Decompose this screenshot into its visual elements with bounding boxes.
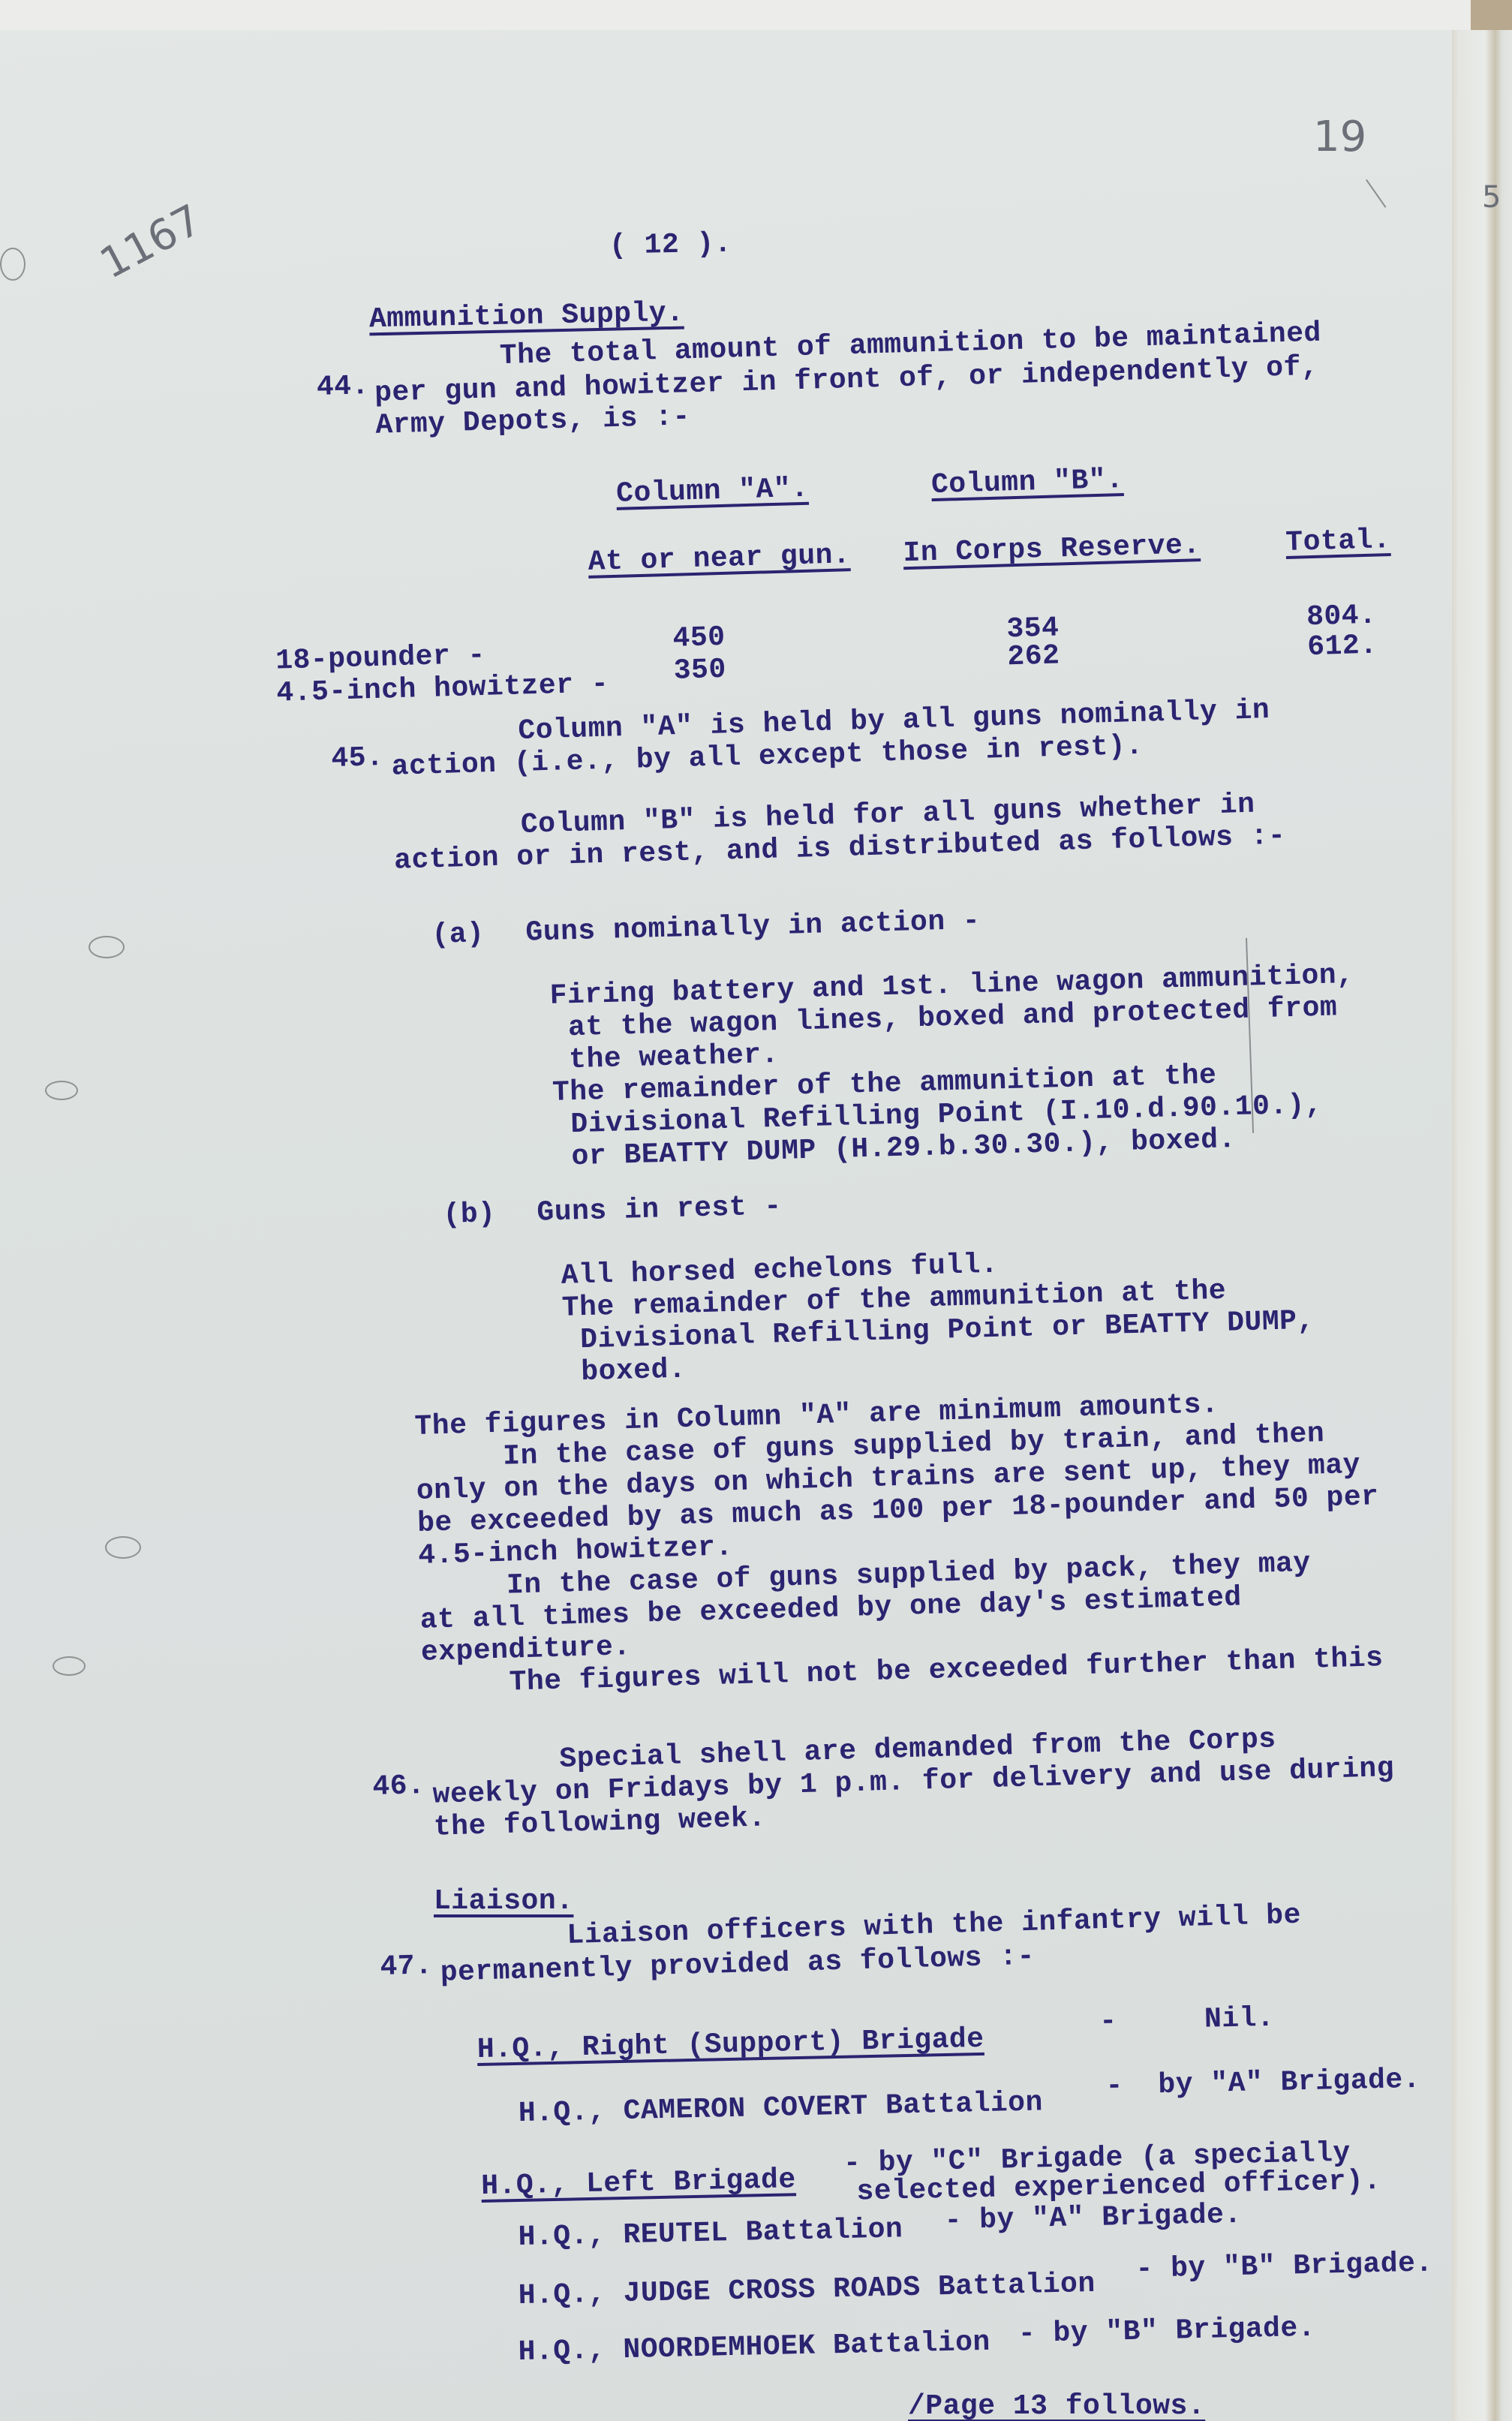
entry-value: - Nil. (1099, 2002, 1275, 2038)
column-group-a: Column "A". (616, 473, 809, 510)
entry-value: - by "B" Brigade. (983, 2312, 1316, 2351)
text-line: permanently provided as follows :- (440, 1941, 1035, 1989)
section-heading-ammunition: Ammunition Supply. (369, 297, 684, 336)
para-number: 47. (380, 1950, 433, 1983)
entry-value: - by "B" Brigade. (1118, 2247, 1433, 2286)
column-header-at-gun: At or near gun. (588, 539, 851, 579)
entry-label: H.Q., REUTEL Battalion (518, 2213, 903, 2254)
cell-total: 804. (1306, 600, 1377, 634)
column-header-corps-reserve: In Corps Reserve. (903, 529, 1201, 570)
page-number: ( 12 ). (609, 228, 732, 263)
cell-col-a: 450 (672, 621, 726, 655)
punch-hole (45, 1081, 78, 1100)
item-label: (a) (431, 918, 485, 952)
cell-col-a: 350 (673, 654, 726, 687)
para-number: 45. (331, 741, 384, 775)
para-number: 44. (316, 370, 369, 404)
ammunition-table: Column "A". Column "B". At or near gun. … (263, 434, 1394, 690)
entry-value: - by "A" Brigade. (927, 2199, 1242, 2238)
entry-label: H.Q., JUDGE CROSS ROADS Battalion (518, 2268, 1096, 2312)
paper-stack: 5 (1444, 30, 1512, 2421)
entry-label: H.Q., CAMERON COVERT Battalion (518, 2086, 1043, 2130)
entry-value: - by "A" Brigade. (1088, 2064, 1421, 2103)
pencil-mark (1366, 179, 1386, 208)
item-title: Guns nominally in action - (525, 905, 981, 949)
page-top-edge (0, 0, 1471, 30)
column-group-b: Column "B". (930, 464, 1123, 501)
document-page: 1167 19 ( 12 ). Ammunition Supply. 44. T… (0, 0, 1452, 2421)
cell-col-b: 262 (1007, 639, 1060, 673)
punch-hole (89, 936, 125, 958)
cell-total: 612. (1307, 630, 1378, 664)
punch-hole (53, 1656, 86, 1676)
archive-number: 1167 (92, 195, 209, 288)
punch-hole (0, 248, 26, 281)
punch-hole (105, 1536, 141, 1559)
para-number: 46. (372, 1770, 425, 1803)
entry-label: H.Q., Right (Support) Brigade (476, 2023, 984, 2066)
item-title: Guns in rest - (537, 1190, 782, 1229)
column-header-total: Total. (1285, 524, 1391, 559)
item-label: (b) (443, 1198, 496, 1232)
folio-number: 19 (1313, 113, 1366, 161)
page-continuation-note: /Page 13 follows. (908, 2390, 1205, 2421)
stack-mark: 5 (1482, 180, 1501, 215)
entry-label: H.Q., Left Brigade (481, 2164, 796, 2203)
entry-label: H.Q., NOORDEMHOEK Battalion (518, 2326, 990, 2368)
text-line: boxed. (564, 1354, 687, 1389)
section-heading-liaison: Liaison. (434, 1885, 573, 1917)
